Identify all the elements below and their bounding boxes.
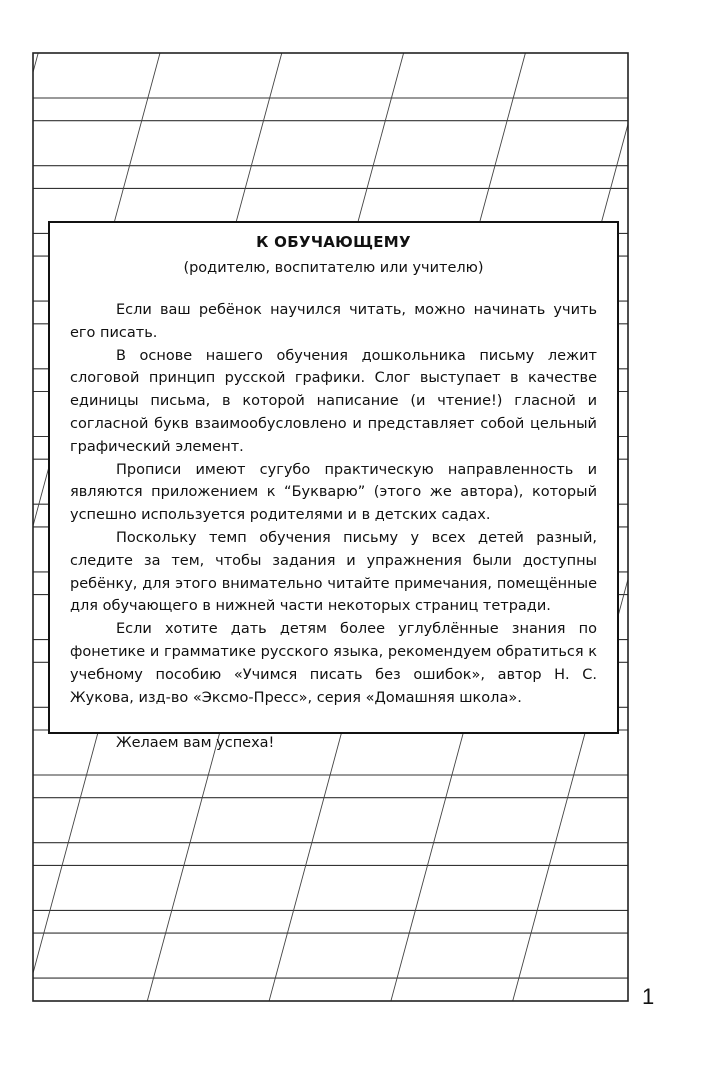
note-paragraph: Поскольку темп обучения письму у всех де… — [70, 527, 597, 618]
note-paragraph: Если ваш ребёнок научился читать, можно … — [70, 299, 597, 345]
note-paragraph: Если хотите дать детям более углублённые… — [70, 618, 597, 709]
note-body: Если ваш ребёнок научился читать, можно … — [70, 299, 597, 755]
note-paragraph: Прописи имеют сугубо практическую направ… — [70, 459, 597, 527]
note-to-teacher-box: К ОБУЧАЮЩЕМУ (родителю, воспитателю или … — [48, 221, 619, 734]
page-number: 1 — [642, 984, 654, 1010]
note-paragraph: В основе нашего обучения дошкольника пис… — [70, 345, 597, 459]
note-closing: Желаем вам успеха! — [70, 732, 597, 755]
note-subtitle: (родителю, воспитателю или учителю) — [50, 260, 617, 276]
note-title: К ОБУЧАЮЩЕМУ — [50, 233, 617, 251]
